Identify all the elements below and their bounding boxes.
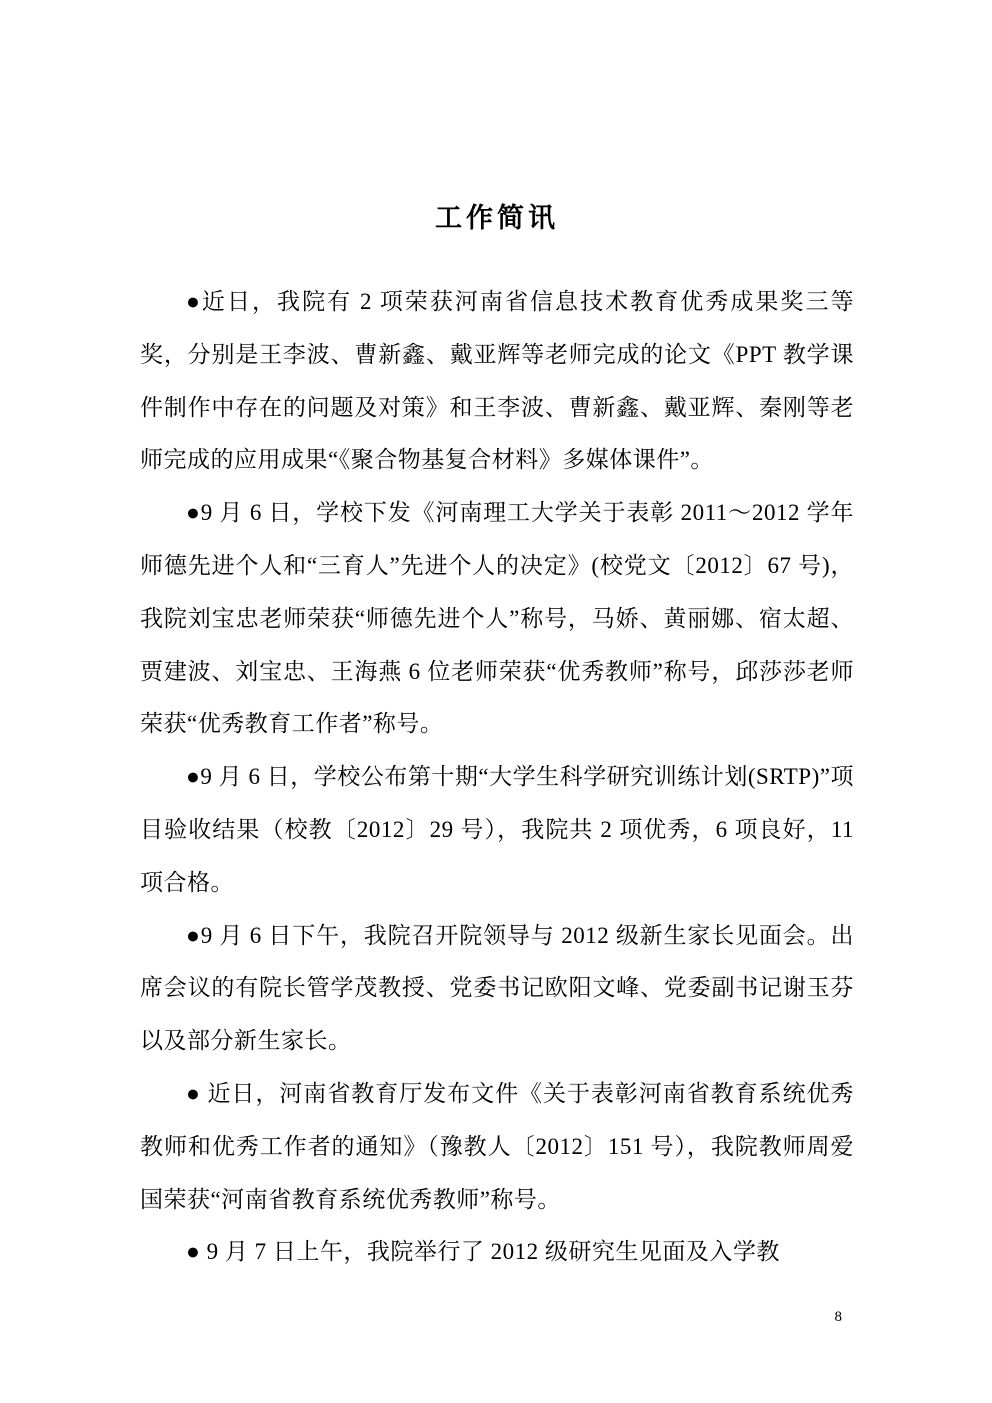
document-page: 工作简讯 ●近日，我院有 2 项荣获河南省信息技术教育优秀成果奖三等奖，分别是王… xyxy=(0,0,992,1403)
paragraph: ●9 月 6 日，学校下发《河南理工大学关于表彰 2011～2012 学年师德先… xyxy=(140,487,854,751)
paragraph: ●9 月 6 日下午，我院召开院领导与 2012 级新生家长见面会。出席会议的有… xyxy=(140,910,854,1068)
paragraph: ●近日，我院有 2 项荣获河南省信息技术教育优秀成果奖三等奖，分别是王李波、曹新… xyxy=(140,276,854,487)
paragraph: ● 9 月 7 日上午，我院举行了 2012 级研究生见面及入学教 xyxy=(140,1226,854,1279)
page-number: 8 xyxy=(835,1310,843,1325)
document-body: ●近日，我院有 2 项荣获河南省信息技术教育优秀成果奖三等奖，分别是王李波、曹新… xyxy=(140,276,854,1279)
document-title: 工作简讯 xyxy=(140,198,854,238)
paragraph: ● 近日，河南省教育厅发布文件《关于表彰河南省教育系统优秀教师和优秀工作者的通知… xyxy=(140,1068,854,1226)
paragraph: ●9 月 6 日，学校公布第十期“大学生科学研究训练计划(SRTP)”项目验收结… xyxy=(140,751,854,909)
